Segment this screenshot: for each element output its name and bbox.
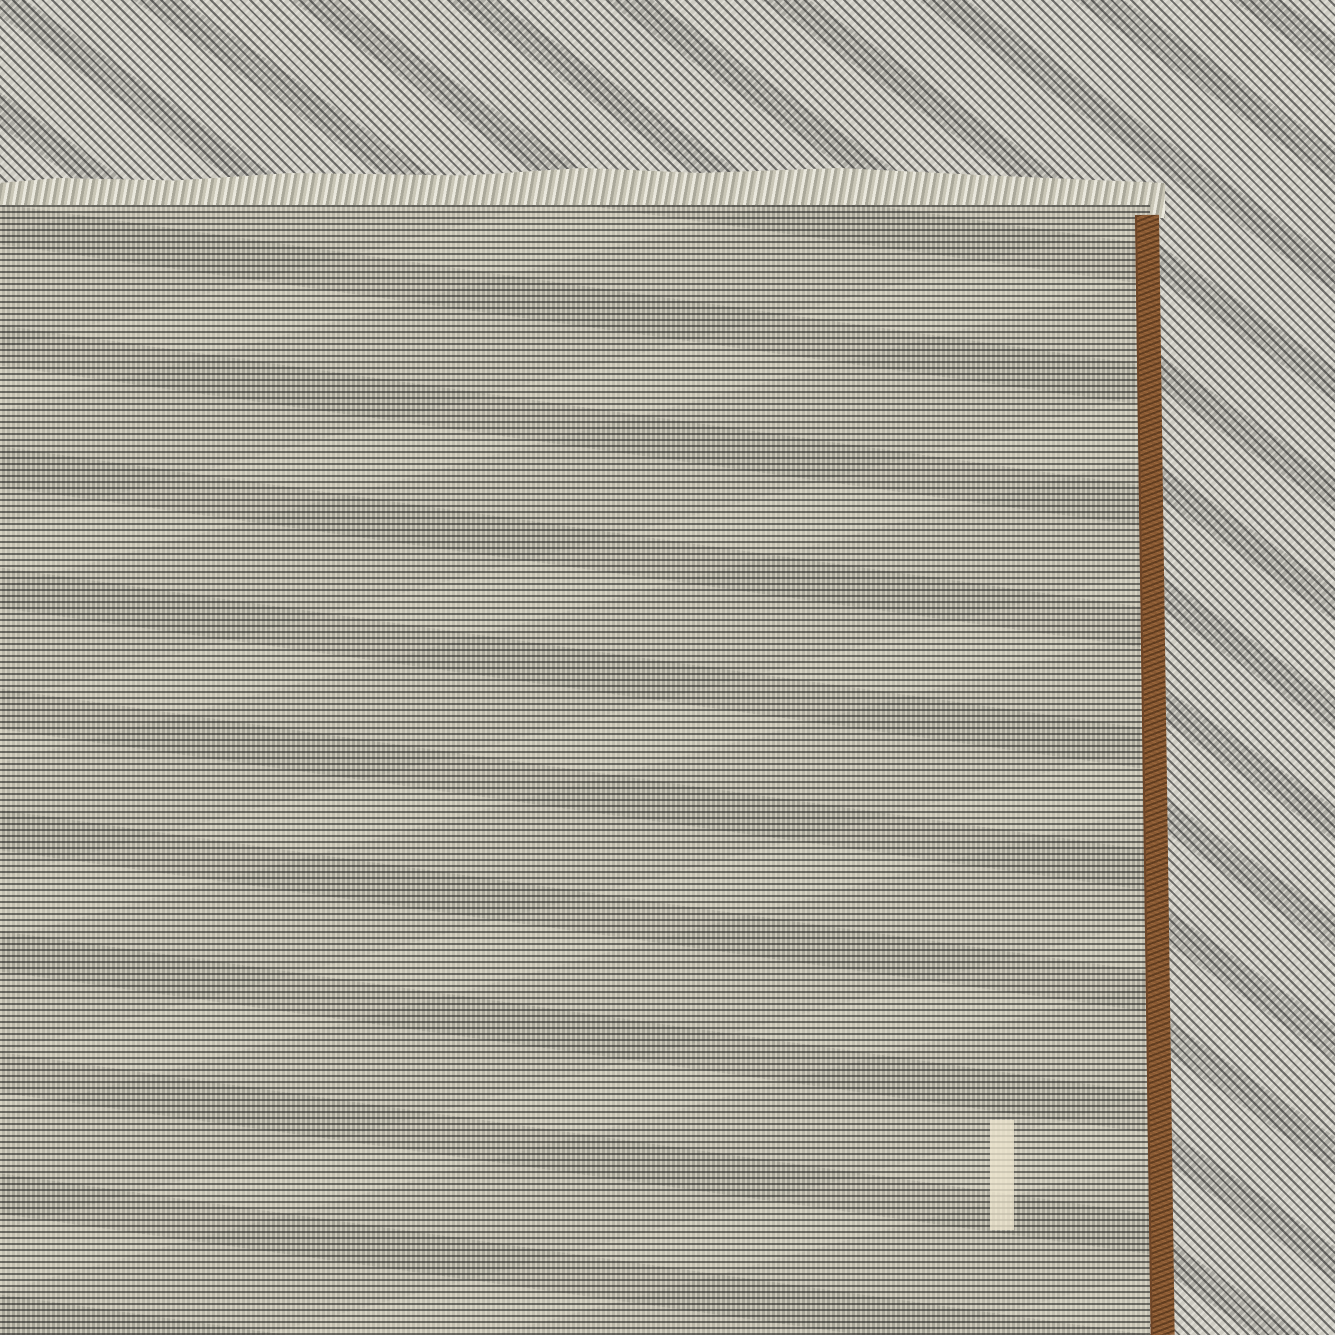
- rug-folded-panel: [0, 205, 1150, 1335]
- rug-photo: Distressed gray/black overdyed rug with …: [0, 0, 1335, 1335]
- rug-repair-patch: [990, 1120, 1014, 1230]
